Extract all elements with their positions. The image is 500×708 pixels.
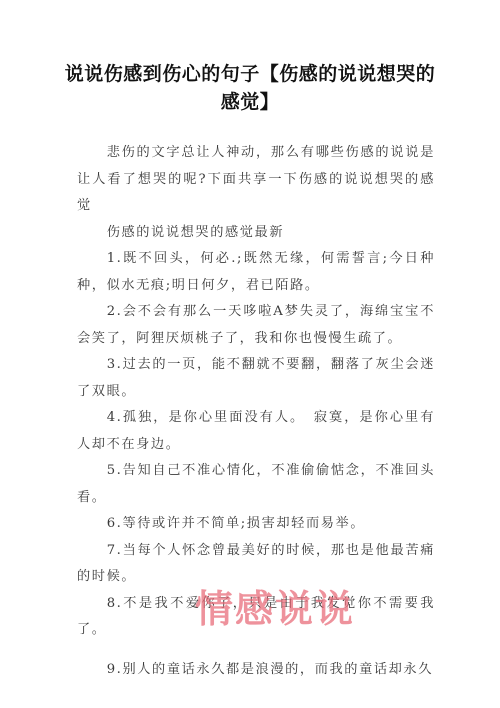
intro-paragraph: 悲伤的文字总让人神动，那么有哪些伤感的说说是让人看了想哭的呢?下面共享一下伤感的…: [77, 140, 435, 220]
list-item: 7.当每个人怀念曾最美好的时候，那也是他最苦痛的时候。: [77, 538, 435, 591]
list-item: 4.孤独，是你心里面没有人。 寂寞，是你心里有人却不在身边。: [77, 405, 435, 458]
list-item: 3.过去的一页，能不翻就不要翻，翻落了灰尘会迷了双眼。: [77, 352, 435, 405]
document-page: 说说伤感到伤心的句子【伤感的说说想哭的感觉】 悲伤的文字总让人神动，那么有哪些伤…: [0, 0, 500, 708]
list-item: 8.不是我不爱你了，只是由于我发觉你不需要我了。: [77, 591, 435, 644]
list-item: 1.既不回头，何必.;既然无缘，何需誓言;今日种种，似水无痕;明日何夕，君已陌路…: [77, 246, 435, 299]
list-item: 9.别人的童话永久都是浪漫的，而我的童话却永久: [77, 657, 435, 684]
section-heading: 伤感的说说想哭的感觉最新: [77, 220, 435, 247]
document-title: 说说伤感到伤心的句子【伤感的说说想哭的感觉】: [60, 60, 440, 116]
list-item: 6.等待或许并不简单;损害却轻而易举。: [77, 511, 435, 538]
document-body: 悲伤的文字总让人神动，那么有哪些伤感的说说是让人看了想哭的呢?下面共享一下伤感的…: [77, 140, 435, 683]
list-item: 2.会不会有那么一天哆啦A梦失灵了，海绵宝宝不会笑了，阿狸厌烦桃子了，我和你也慢…: [77, 299, 435, 352]
list-item: 5.告知自己不准心情化，不准偷偷惦念，不准回头看。: [77, 458, 435, 511]
